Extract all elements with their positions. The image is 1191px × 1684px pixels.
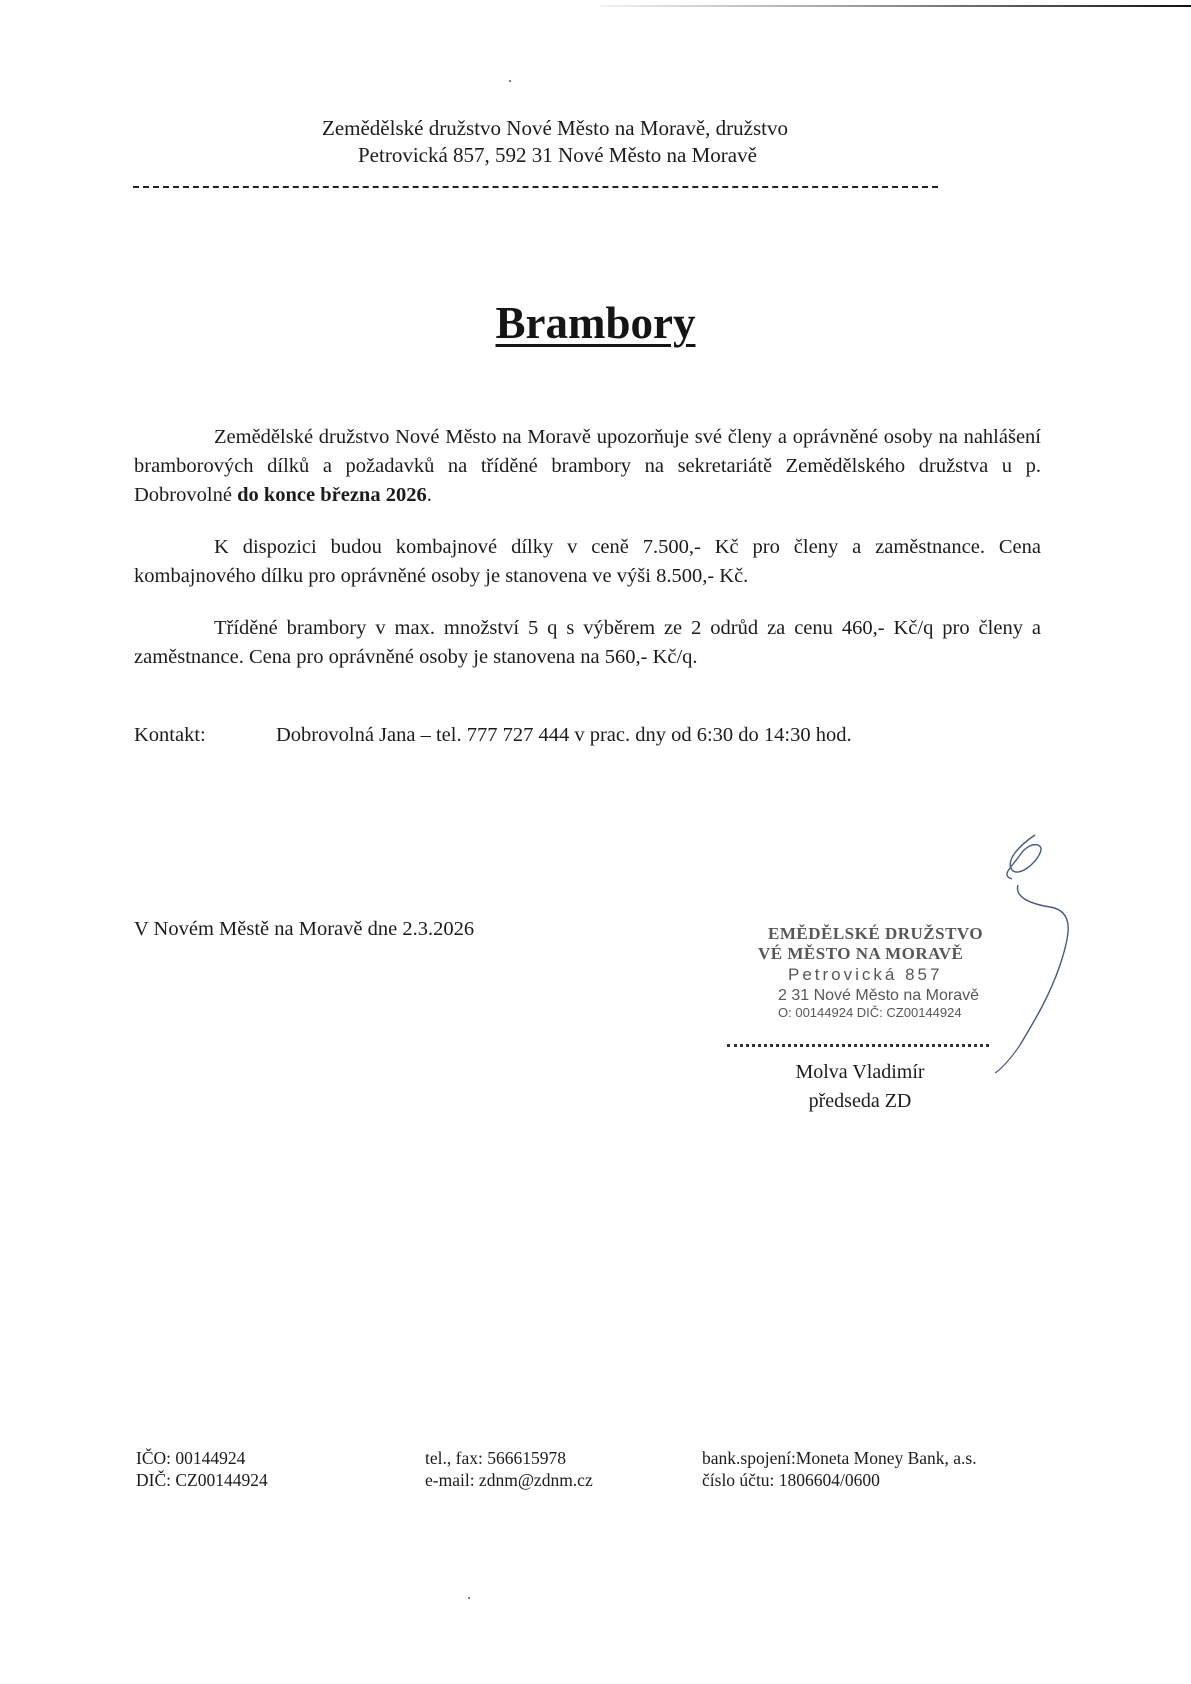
footer-phone: tel., fax: 566615978 xyxy=(425,1447,593,1469)
scan-speck xyxy=(468,1597,470,1599)
letterhead-divider xyxy=(133,186,938,188)
scan-speck xyxy=(509,80,511,82)
document-title: Brambory xyxy=(0,297,1191,349)
footer-contact: tel., fax: 566615978 e-mail: zdnm@zdnm.c… xyxy=(425,1447,593,1491)
contact-value: Dobrovolná Jana – tel. 777 727 444 v pra… xyxy=(276,724,852,747)
footer-bank: bank.spojení:Moneta Money Bank, a.s. čís… xyxy=(702,1447,977,1491)
letterhead-address: Petrovická 857, 592 31 Nové Město na Mor… xyxy=(358,142,838,169)
stamp-line-5: O: 00144924 DIČ: CZ00144924 xyxy=(778,1005,1018,1021)
paragraph-combine-plots: K dispozici budou kombajnové dílky v cen… xyxy=(134,533,1041,591)
stamp-line-4: 2 31 Nové Město na Moravě xyxy=(778,986,1018,1005)
stamp-line-1: EMĚDĚLSKÉ DRUŽSTVO xyxy=(768,924,1018,944)
signer-role: předseda ZD xyxy=(700,1087,1020,1116)
scan-edge-line xyxy=(600,5,1191,7)
footer-account: číslo účtu: 1806604/0600 xyxy=(702,1469,977,1491)
footer-email: e-mail: zdnm@zdnm.cz xyxy=(425,1469,593,1491)
footer-ids: IČO: 00144924 DIČ: CZ00144924 xyxy=(136,1447,268,1491)
footer-ico: IČO: 00144924 xyxy=(136,1447,268,1469)
paragraph-announcement: Zemědělské družstvo Nové Město na Moravě… xyxy=(134,423,1041,510)
deadline-text: do konce března 2026 xyxy=(237,484,427,506)
footer-dic: DIČ: CZ00144924 xyxy=(136,1469,268,1491)
place-and-date: V Novém Městě na Moravě dne 2.3.2026 xyxy=(134,918,474,941)
letterhead-organization: Zemědělské družstvo Nové Město na Moravě… xyxy=(322,115,862,142)
stamp-line-2: VÉ MĚSTO NA MORAVĚ xyxy=(758,944,1018,964)
contact-label: Kontakt: xyxy=(134,724,206,747)
stamp-line-3: Petrovická 857 xyxy=(788,964,1018,986)
company-stamp: EMĚDĚLSKÉ DRUŽSTVO VÉ MĚSTO NA MORAVĚ Pe… xyxy=(758,924,1018,1021)
signer-block: Molva Vladimír předseda ZD xyxy=(700,1058,1020,1116)
footer-bank-name: bank.spojení:Moneta Money Bank, a.s. xyxy=(702,1447,977,1469)
paragraph-sorted-potatoes: Tříděné brambory v max. množství 5 q s v… xyxy=(134,614,1041,672)
signer-name: Molva Vladimír xyxy=(700,1058,1020,1087)
signature-line xyxy=(727,1044,989,1047)
